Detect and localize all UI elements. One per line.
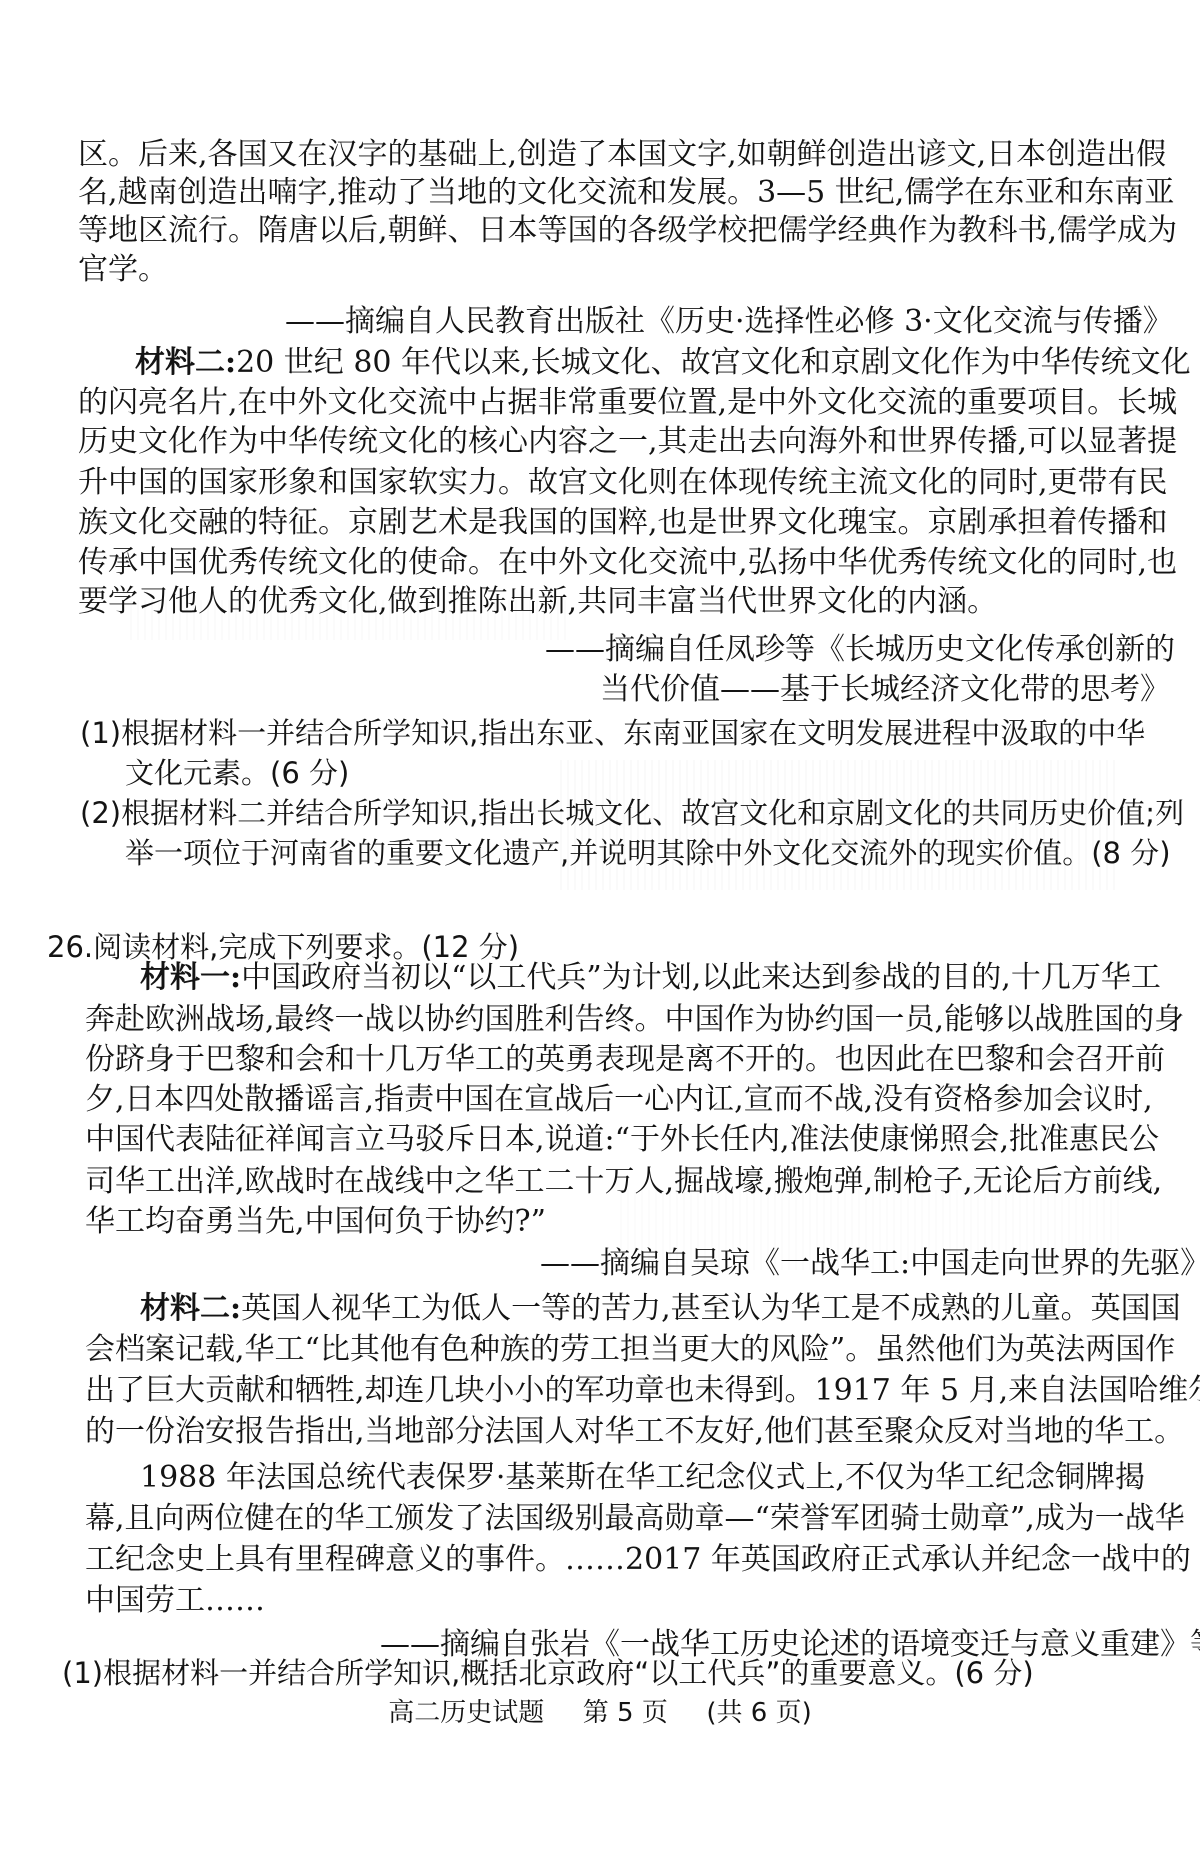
material-text: 中国政府当初以“以工代兵”为计划,以此来达到参战的目的,十几万华工 bbox=[241, 960, 1161, 995]
body-line: 区。后来,各国又在汉字的基础上,创造了本国文字,如朝鲜创造出谚文,日本创造出假 bbox=[78, 136, 1122, 174]
question-line: 文化元素。(6 分) bbox=[125, 754, 349, 792]
body-line: 传承中国优秀传统文化的使命。在中外文化交流中,弘扬中华优秀传统文化的同时,也 bbox=[78, 544, 1122, 582]
citation: ——摘编自吴琼《一战华工:中国走向世界的先驱》 bbox=[540, 1245, 1125, 1283]
body-line: 的闪亮名片,在中外文化交流中占据非常重要位置,是中外文化交流的重要项目。长城 bbox=[78, 384, 1122, 422]
material-text: 20 世纪 80 年代以来,长城文化、故宫文化和京剧文化作为中华传统文化 bbox=[236, 345, 1191, 380]
citation: ——摘编自任凤珍等《长城历史文化传承创新的 bbox=[545, 631, 1125, 669]
body-line: 份跻身于巴黎和会和十几万华工的英勇表现是离不开的。也因此在巴黎和会召开前 bbox=[85, 1041, 1122, 1079]
body-line: 幕,且向两位健在的华工颁发了法国级别最高勋章—“荣誉军团骑士勋章”,成为一战华 bbox=[85, 1500, 1122, 1538]
body-line: 司华工出洋,欧战时在战线中之华工二十万人,掘战壕,搬炮弹,制枪子,无论后方前线, bbox=[85, 1163, 1122, 1201]
body-line: 出了巨大贡献和牺牲,却连几块小小的军功章也未得到。1917 年 5 月,来自法国… bbox=[85, 1372, 1122, 1410]
body-line: 材料二:20 世纪 80 年代以来,长城文化、故宫文化和京剧文化作为中华传统文化 bbox=[135, 344, 1122, 382]
material-label: 材料二: bbox=[135, 345, 236, 380]
material-text: 英国人视华工为低人一等的苦力,甚至认为华工是不成熟的儿童。英国国 bbox=[241, 1291, 1181, 1326]
body-line: 要学习他人的优秀文化,做到推陈出新,共同丰富当代世界文化的内涵。 bbox=[78, 583, 997, 621]
body-line: 的一份治安报告指出,当地部分法国人对华工不友好,他们甚至聚众反对当地的华工。 bbox=[85, 1413, 1184, 1451]
footer-subject: 高二历史试题 bbox=[388, 1698, 544, 1728]
body-line: 族文化交融的特征。京剧艺术是我国的国粹,也是世界文化瑰宝。京剧承担着传播和 bbox=[78, 504, 1122, 542]
body-line: 中国代表陆征祥闻言立马驳斥日本,说道:“于外长任内,准法使康悌照会,批准惠民公 bbox=[85, 1121, 1122, 1159]
body-line: 奔赴欧洲战场,最终一战以协约国胜利告终。中国作为协约国一员,能够以战胜国的身 bbox=[85, 1001, 1122, 1039]
material-label: 材料二: bbox=[140, 1291, 241, 1326]
question-line: (2)根据材料二并结合所学知识,指出长城文化、故宫文化和京剧文化的共同历史价值;… bbox=[80, 794, 1122, 832]
page-footer: 高二历史试题 第 5 页 (共 6 页) bbox=[0, 1694, 1200, 1732]
citation: 当代价值——基于长城经济文化带的思考》 bbox=[600, 671, 1125, 709]
footer-page-number: 第 5 页 bbox=[583, 1698, 668, 1728]
body-line: 1988 年法国总统代表保罗·基莱斯在华工纪念仪式上,不仅为华工纪念铜牌揭 bbox=[140, 1459, 1122, 1497]
body-line: 材料二:英国人视华工为低人一等的苦力,甚至认为华工是不成熟的儿童。英国国 bbox=[140, 1290, 1122, 1328]
body-line: 材料一:中国政府当初以“以工代兵”为计划,以此来达到参战的目的,十几万华工 bbox=[140, 959, 1122, 997]
body-line: 夕,日本四处散播谣言,指责中国在宣战后一心内讧,宣而不战,没有资格参加会议时, bbox=[85, 1081, 1122, 1119]
body-line: 会档案记载,华工“比其他有色种族的劳工担当更大的风险”。虽然他们为英法两国作 bbox=[85, 1331, 1122, 1369]
exam-page: 区。后来,各国又在汉字的基础上,创造了本国文字,如朝鲜创造出谚文,日本创造出假 … bbox=[0, 0, 1200, 1865]
body-line: 华工均奋勇当先,中国何负于协约?” bbox=[85, 1203, 546, 1241]
body-line: 等地区流行。隋唐以后,朝鲜、日本等国的各级学校把儒学经典作为教科书,儒学成为 bbox=[78, 212, 1122, 250]
body-line: 中国劳工…… bbox=[85, 1582, 265, 1620]
body-line: 官学。 bbox=[78, 251, 168, 289]
question-line: (1)根据材料一并结合所学知识,指出东亚、东南亚国家在文明发展进程中汲取的中华 bbox=[80, 714, 1122, 752]
material-label: 材料一: bbox=[140, 960, 241, 995]
body-line: 升中国的国家形象和国家软实力。故宫文化则在体现传统主流文化的同时,更带有民 bbox=[78, 464, 1122, 502]
body-line: 工纪念史上具有里程碑意义的事件。……2017 年英国政府正式承认并纪念一战中的 bbox=[85, 1541, 1122, 1579]
question-line: (1)根据材料一并结合所学知识,概括北京政府“以工代兵”的重要意义。(6 分) bbox=[62, 1654, 1034, 1692]
body-line: 历史文化作为中华传统文化的核心内容之一,其走出去向海外和世界传播,可以显著提 bbox=[78, 423, 1122, 461]
footer-total-pages: (共 6 页) bbox=[706, 1698, 811, 1728]
body-line: 名,越南创造出喃字,推动了当地的文化交流和发展。3—5 世纪,儒学在东亚和东南亚 bbox=[78, 174, 1122, 212]
citation: ——摘编自人民教育出版社《历史·选择性必修 3·文化交流与传播》 bbox=[285, 303, 1125, 341]
question-line: 举一项位于河南省的重要文化遗产,并说明其除中外文化交流外的现实价值。(8 分) bbox=[125, 834, 1171, 872]
